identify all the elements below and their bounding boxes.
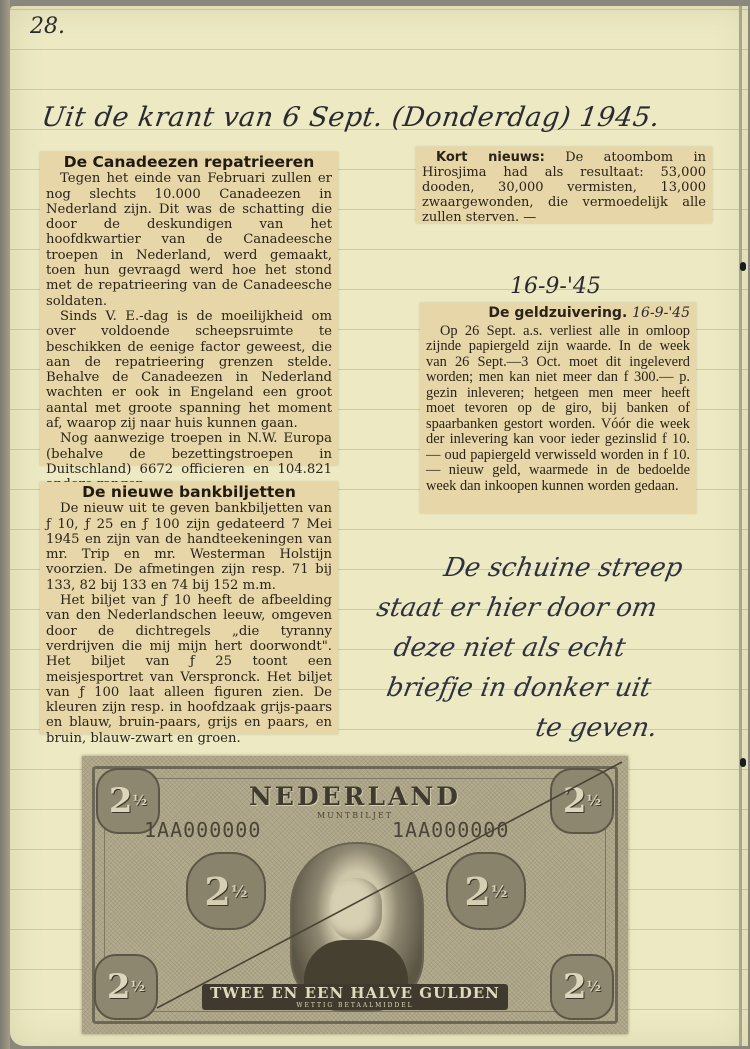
clipping-paragraph: Op 26 Sept. a.s. verliest alle in omloop… <box>426 324 690 495</box>
clipping-paragraph: Tegen het einde van Februari zullen er n… <box>46 171 332 309</box>
handwritten-note: De schuine streep staat er hier door om … <box>352 548 750 748</box>
page-number: 28. <box>30 14 65 39</box>
clipping-canadeezen: De Canadeezen repatrieeren Tegen het ein… <box>40 152 338 465</box>
clipping-paragraph: De nieuw uit te geven bankbiljetten van … <box>46 501 332 593</box>
clipping-paragraph: Het biljet van ƒ 10 heeft de afbeelding … <box>46 593 332 746</box>
clipping-paragraph: Kort nieuws: De atoombom in Hirosjima ha… <box>422 150 706 225</box>
binding-hole <box>740 262 746 271</box>
page-margin-line <box>739 6 742 1046</box>
clipping-paragraph: Sinds V. E.-dag is de moeilijkheid om ov… <box>46 309 332 431</box>
binding-hole <box>740 758 746 767</box>
clipping-kort-nieuws: Kort nieuws: De atoombom in Hirosjima ha… <box>416 147 712 223</box>
clipping-title: De geldzuivering. <box>488 305 627 321</box>
clipping-title: De Canadeezen repatrieeren <box>46 155 332 170</box>
clipping-bankbiljetten: De nieuwe bankbiljetten De nieuw uit te … <box>40 482 338 734</box>
note-line: te geven. <box>352 708 739 748</box>
clipping-title: De nieuwe bankbiljetten <box>46 485 332 500</box>
handwritten-date-small: 16-9-'45 <box>632 305 690 321</box>
notebook-edge <box>0 0 10 1049</box>
handwritten-date: 16-9-'45 <box>510 274 601 299</box>
note-line: staat er hier door om <box>374 588 750 628</box>
banknote-specimen: 2½ 2½ 2½ 2½ NEDERLAND MUNTBILJET 1AA0000… <box>82 756 628 1034</box>
note-line: De schuine streep <box>381 548 750 588</box>
note-line: briefje in donker uit <box>359 668 746 708</box>
clipping-geldzuivering: De geldzuivering. 16-9-'45 Op 26 Sept. a… <box>420 303 696 513</box>
handwritten-heading: Uit de krant van 6 Sept. (Donderdag) 194… <box>40 102 662 133</box>
clipping-label: Kort nieuws: <box>436 150 545 165</box>
note-line: deze niet als echt <box>366 628 750 668</box>
diagonal-slash-icon <box>82 756 628 1034</box>
clipping-title-row: De geldzuivering. 16-9-'45 <box>426 306 690 322</box>
